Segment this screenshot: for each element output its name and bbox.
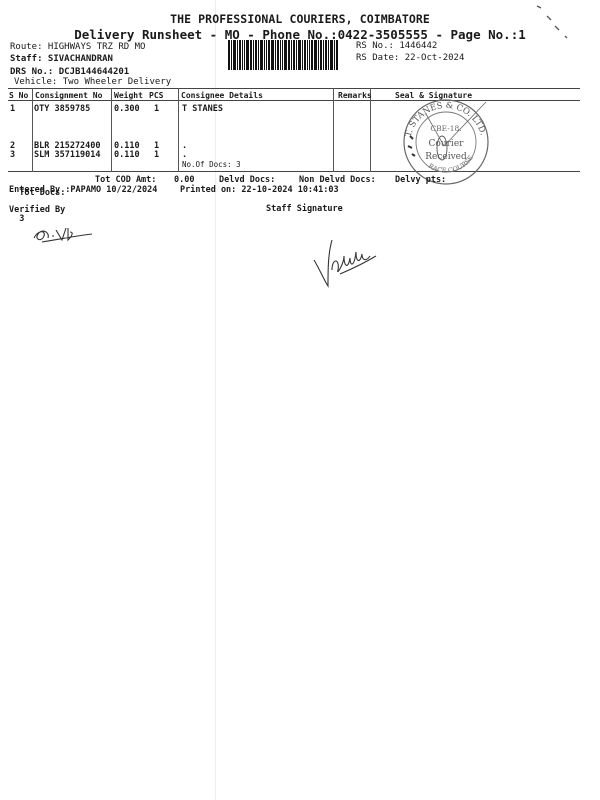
col-divider xyxy=(370,88,371,172)
col-divider xyxy=(333,88,334,172)
verified-by-label: Verified By xyxy=(9,204,65,217)
table-header-border xyxy=(8,100,580,101)
staff-text: Staff: SIVACHANDRAN xyxy=(10,53,113,66)
company-title: THE PROFESSIONAL COURIERS, COIMBATORE xyxy=(0,12,600,26)
table-top-border xyxy=(8,88,580,89)
barcode-icon xyxy=(228,40,350,70)
row-consignee: T STANES xyxy=(182,104,223,114)
row-sno: 3 xyxy=(10,150,15,160)
company-stamp: T. STANES & CO. LTD. RACE COURSE CBE-18.… xyxy=(398,96,494,186)
column-header: S No xyxy=(9,91,28,100)
row-consignment: SLM 357119014 xyxy=(34,150,101,160)
verifier-signature xyxy=(30,222,96,252)
staff-signature xyxy=(310,230,380,294)
row-pcs: 1 xyxy=(154,104,159,114)
col-divider xyxy=(178,88,179,172)
row-weight: 0.300 xyxy=(114,104,140,114)
column-header: Consignment No xyxy=(35,91,102,100)
printed-on: Printed on: 22-10-2024 10:41:03 xyxy=(180,184,339,197)
col-divider xyxy=(111,88,112,172)
svg-text:CBE-18.: CBE-18. xyxy=(430,124,461,133)
row-consignment: OTY 3859785 xyxy=(34,104,90,114)
staff-signature-label: Staff Signature xyxy=(266,203,343,216)
column-header: Weight xyxy=(114,91,143,100)
no-of-docs: No.Of Docs: 3 xyxy=(182,160,241,169)
column-header: Remarks xyxy=(338,91,372,100)
row-sno: 1 xyxy=(10,104,15,114)
entered-by: Entered By :PAPAMO 10/22/2024 xyxy=(9,184,157,197)
paper-fold-line xyxy=(215,0,216,800)
row-weight: 0.110 xyxy=(114,150,140,160)
delvy-pts-label: Delvy pts: xyxy=(395,174,446,187)
scan-artifact xyxy=(535,4,585,48)
rs-date: RS Date: 22-Oct-2024 xyxy=(356,52,464,65)
table-bottom-border xyxy=(8,171,580,172)
col-divider xyxy=(32,88,33,172)
column-header: Consignee Details xyxy=(181,91,263,100)
row-consignee: . xyxy=(182,150,187,160)
row-pcs: 1 xyxy=(154,150,159,160)
column-header: PCS xyxy=(149,91,163,100)
